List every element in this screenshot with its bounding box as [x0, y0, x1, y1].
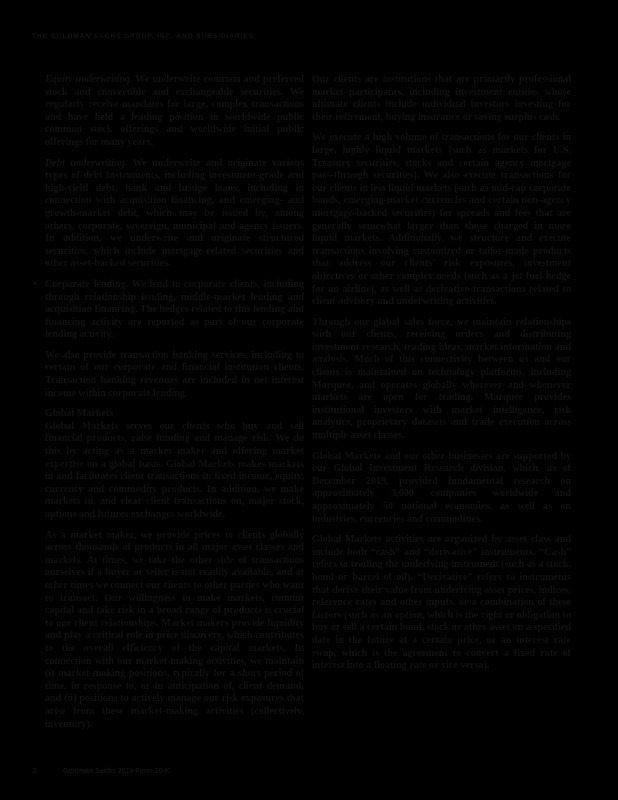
- global-markets-intro-paragraph: Global Markets serves our clients who bu…: [45, 421, 304, 522]
- sales-force-paragraph: Through our global sales force, we maint…: [312, 317, 571, 443]
- transactions-paragraph: We execute a high volume of transactions…: [312, 132, 571, 308]
- bullet-icon: •: [33, 279, 37, 292]
- transaction-banking-paragraph: We also provide transaction banking serv…: [45, 350, 304, 400]
- corporate-lending-bullet: •Corporate lending. We lend to corporate…: [45, 279, 304, 342]
- left-column: Equity underwriting. We underwrite commo…: [45, 74, 304, 739]
- equity-underwriting-paragraph: Equity underwriting. We underwrite commo…: [45, 74, 304, 150]
- page-footer: 2Goldman Sachs 2019 Form 10-K: [33, 768, 170, 775]
- debt-underwriting-lead: Debt underwriting.: [45, 158, 127, 169]
- equity-underwriting-lead: Equity underwriting.: [45, 74, 132, 85]
- running-header: The Goldman Sachs Group, Inc. and Subsid…: [32, 33, 254, 40]
- research-paragraph: Global Markets and our other businesses …: [312, 451, 571, 527]
- page-number: 2: [33, 768, 63, 775]
- right-column: Our clients are institutions that are pr…: [312, 74, 571, 681]
- footer-title: Goldman Sachs 2019 Form 10-K: [63, 768, 170, 775]
- section-heading-global-markets: Global Markets: [45, 408, 304, 421]
- clients-paragraph: Our clients are institutions that are pr…: [312, 74, 571, 124]
- debt-underwriting-paragraph: Debt underwriting. We underwrite and ori…: [45, 158, 304, 271]
- market-maker-paragraph: As a market maker, we provide prices to …: [45, 530, 304, 732]
- asset-class-paragraph: Global Markets activities are organized …: [312, 534, 571, 673]
- corporate-lending-lead: Corporate lending.: [45, 279, 128, 290]
